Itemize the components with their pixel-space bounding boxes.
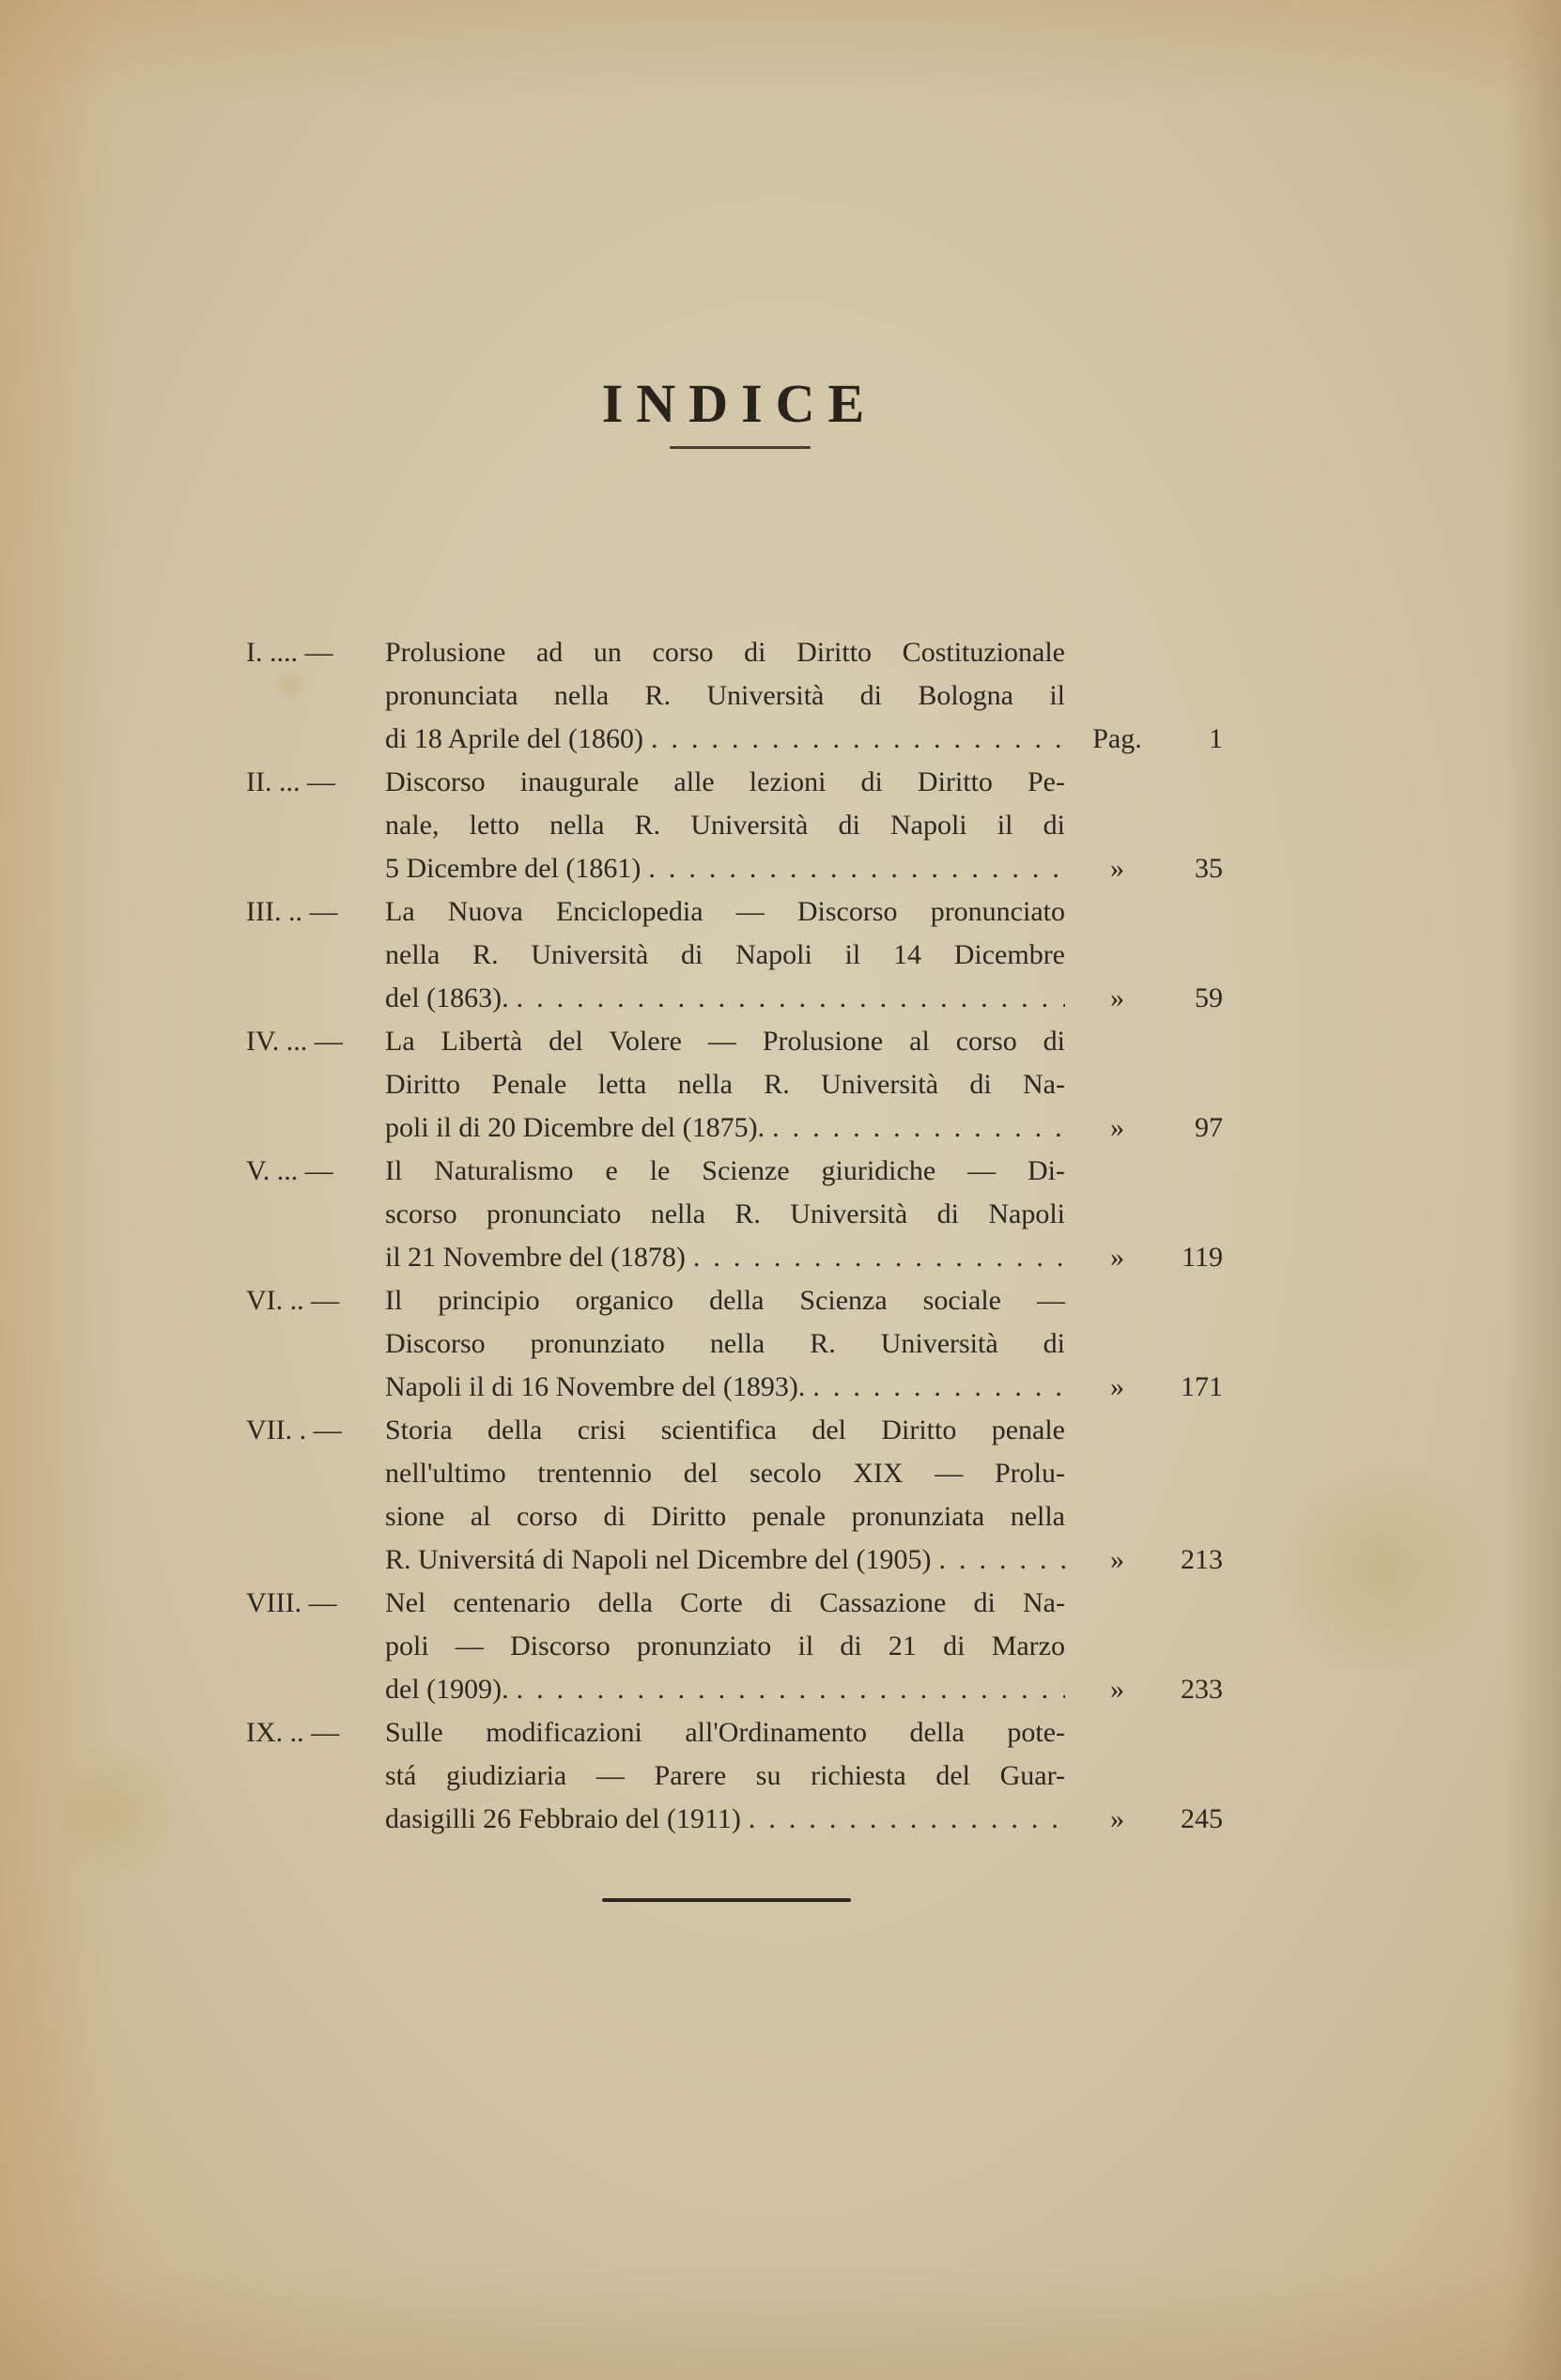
page-reference: »245: [1073, 1798, 1223, 1841]
page-prefix: »: [1073, 1668, 1162, 1711]
page-prefix: »: [1073, 1798, 1162, 1841]
page-reference: »233: [1073, 1668, 1223, 1711]
entry-number: VIII. —: [246, 1582, 385, 1625]
end-divider: [602, 1898, 851, 1902]
entry-title-line: R. Universitá di Napoli nel Dicembre del…: [385, 1538, 1065, 1582]
entry-title: Il principio organico della Scienza soci…: [385, 1279, 1065, 1409]
page-title: INDICE: [0, 377, 1479, 431]
entry-title-line: Napoli il di 16 Novembre del (1893).....…: [385, 1366, 1065, 1409]
dot-leader: ........................................: [509, 977, 1065, 1020]
entry-title-line: il 21 Novembre del (1878)...............…: [385, 1236, 1065, 1279]
toc-entry[interactable]: IV. ... —La Libertà del Volere — Prolusi…: [246, 1020, 1223, 1150]
entry-title-line: 5 Dicembre del (1861)...................…: [385, 847, 1065, 890]
entry-number: IX. .. —: [246, 1711, 385, 1754]
page-reference: »171: [1073, 1366, 1223, 1409]
entry-title-line: nell'ultimo trentennio del secolo XIX — …: [385, 1452, 1065, 1495]
entry-number: V. ... —: [246, 1150, 385, 1193]
entry-title-line-text: R. Universitá di Napoli nel Dicembre del…: [385, 1538, 932, 1582]
entry-title-line: La Libertà del Volere — Prolusione al co…: [385, 1020, 1065, 1063]
page-reference: »35: [1073, 847, 1223, 890]
entry-number: VI. .. —: [246, 1279, 385, 1322]
entry-title-line: scorso pronunciato nella R. Università d…: [385, 1193, 1065, 1236]
page-reference: »59: [1073, 977, 1223, 1020]
entry-title: Nel centenario della Corte di Cassazione…: [385, 1582, 1065, 1711]
dot-leader: ........................................: [765, 1106, 1065, 1150]
entry-title-line: poli — Discorso pronunziato il di 21 di …: [385, 1625, 1065, 1668]
entry-title-line: La Nuova Enciclopedia — Discorso pronunc…: [385, 890, 1065, 934]
entry-title-line-text: dasigilli 26 Febbraio del (1911): [385, 1798, 741, 1841]
paper-stain: [1249, 1465, 1512, 1672]
entry-title-line: Il principio organico della Scienza soci…: [385, 1279, 1065, 1322]
toc-entry[interactable]: VII. . —Storia della crisi scientifica d…: [246, 1409, 1223, 1582]
toc-entry[interactable]: III. .. —La Nuova Enciclopedia — Discors…: [246, 890, 1223, 1020]
page-number: 59: [1162, 977, 1223, 1020]
page-prefix: »: [1073, 1236, 1162, 1279]
title-divider: [670, 446, 811, 449]
entry-title: Sulle modificazioni all'Ordinamento dell…: [385, 1711, 1065, 1841]
entry-title-line-text: Napoli il di 16 Novembre del (1893).: [385, 1366, 805, 1409]
entry-title: La Libertà del Volere — Prolusione al co…: [385, 1020, 1065, 1150]
toc-entry[interactable]: I. .... —Prolusione ad un corso di Dirit…: [246, 631, 1223, 761]
entry-title-line: sione al corso di Diritto penale pronunz…: [385, 1495, 1065, 1538]
entry-title-line: dasigilli 26 Febbraio del (1911)........…: [385, 1798, 1065, 1841]
entry-title-line: stá giudiziaria — Parere su richiesta de…: [385, 1754, 1065, 1798]
entry-title-line: Prolusione ad un corso di Diritto Costit…: [385, 631, 1065, 674]
entry-title-line: nella R. Università di Napoli il 14 Dice…: [385, 934, 1065, 977]
entry-number: II. ... —: [246, 761, 385, 804]
page-prefix: »: [1073, 1538, 1162, 1582]
entry-number: I. .... —: [246, 631, 385, 674]
entry-title-line: Diritto Penale letta nella R. Università…: [385, 1063, 1065, 1106]
page-reference: Pag.1: [1073, 718, 1223, 761]
page-number: 35: [1162, 847, 1223, 890]
entry-title-line-text: il 21 Novembre del (1878): [385, 1236, 686, 1279]
entry-title-line: Sulle modificazioni all'Ordinamento dell…: [385, 1711, 1065, 1754]
page-prefix: Pag.: [1073, 718, 1162, 761]
toc-entry[interactable]: VI. .. —Il principio organico della Scie…: [246, 1279, 1223, 1409]
entry-title-line: Il Naturalismo e le Scienze giuridiche —…: [385, 1150, 1065, 1193]
entry-number: IV. ... —: [246, 1020, 385, 1063]
entry-title-line: del (1909)..............................…: [385, 1668, 1065, 1711]
entry-title-line: di 18 Aprile del (1860).................…: [385, 718, 1065, 761]
entry-title-line: pronunciata nella R. Università di Bolog…: [385, 674, 1065, 718]
page-number: 171: [1162, 1366, 1223, 1409]
dot-leader: ........................................: [686, 1236, 1065, 1279]
entry-title-line-text: di 18 Aprile del (1860): [385, 718, 643, 761]
dot-leader: ........................................: [741, 1798, 1065, 1841]
dot-leader: ........................................: [509, 1668, 1065, 1711]
page-number: 213: [1162, 1538, 1223, 1582]
toc-entry[interactable]: II. ... —Discorso inaugurale alle lezion…: [246, 761, 1223, 890]
dot-leader: ........................................: [643, 718, 1065, 761]
page-number: 119: [1162, 1236, 1223, 1279]
page-reference: »97: [1073, 1106, 1223, 1150]
entry-title-line-text: poli il di 20 Dicembre del (1875).: [385, 1106, 765, 1150]
toc-entry[interactable]: VIII. —Nel centenario della Corte di Cas…: [246, 1582, 1223, 1711]
page-prefix: »: [1073, 977, 1162, 1020]
entry-title: Discorso inaugurale alle lezioni di Diri…: [385, 761, 1065, 890]
toc-entry[interactable]: V. ... —Il Naturalismo e le Scienze giur…: [246, 1150, 1223, 1279]
paper-stain: [56, 1728, 169, 1897]
page-prefix: »: [1073, 1366, 1162, 1409]
entry-title-line: Storia della crisi scientifica del Dirit…: [385, 1409, 1065, 1452]
entry-title: Il Naturalismo e le Scienze giuridiche —…: [385, 1150, 1065, 1279]
page-number: 1: [1162, 718, 1223, 761]
entry-title: La Nuova Enciclopedia — Discorso pronunc…: [385, 890, 1065, 1020]
page-reference: »119: [1073, 1236, 1223, 1279]
entry-title: Storia della crisi scientifica del Dirit…: [385, 1409, 1065, 1582]
page-number: 245: [1162, 1798, 1223, 1841]
entry-title-line: Nel centenario della Corte di Cassazione…: [385, 1582, 1065, 1625]
entry-title-line: Discorso inaugurale alle lezioni di Diri…: [385, 761, 1065, 804]
entry-title-line-text: del (1863).: [385, 977, 509, 1020]
dot-leader: ........................................: [641, 847, 1065, 890]
page-prefix: »: [1073, 847, 1162, 890]
entry-title-line-text: del (1909).: [385, 1668, 509, 1711]
dot-leader: ........................................: [932, 1538, 1065, 1582]
page-number: 97: [1162, 1106, 1223, 1150]
toc-entry[interactable]: IX. .. —Sulle modificazioni all'Ordiname…: [246, 1711, 1223, 1841]
entry-title-line: Discorso pronunziato nella R. Università…: [385, 1322, 1065, 1366]
page-reference: »213: [1073, 1538, 1223, 1582]
entry-number: VII. . —: [246, 1409, 385, 1452]
dot-leader: ........................................: [805, 1366, 1065, 1409]
entry-title-line: del (1863)..............................…: [385, 977, 1065, 1020]
entry-title-line: poli il di 20 Dicembre del (1875).......…: [385, 1106, 1065, 1150]
entry-title-line: nale, letto nella R. Università di Napol…: [385, 804, 1065, 847]
page-prefix: »: [1073, 1106, 1162, 1150]
table-of-contents: I. .... —Prolusione ad un corso di Dirit…: [246, 631, 1223, 1841]
page-number: 233: [1162, 1668, 1223, 1711]
entry-number: III. .. —: [246, 890, 385, 934]
entry-title: Prolusione ad un corso di Diritto Costit…: [385, 631, 1065, 761]
entry-title-line-text: 5 Dicembre del (1861): [385, 847, 641, 890]
